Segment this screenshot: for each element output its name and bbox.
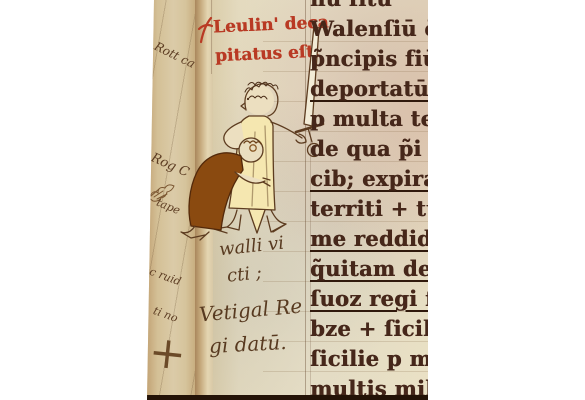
manuscript-text-line: Walenſiū ē (310, 14, 428, 44)
manuscript-text-line: q̃uitam deci (310, 254, 428, 284)
manuscript-text-line: p̃ncipis fiū (310, 44, 428, 74)
cross-mark: + (147, 330, 188, 378)
manuscript-text-line: p multa terr (310, 104, 428, 134)
manuscript-text-line: territi + tur (310, 194, 428, 224)
manuscript-text-line: ſicilie p ma (310, 344, 428, 374)
screenshot-stage: Rott ca Rog C tape c ruid ti no + (0, 0, 585, 400)
photo-bottom-edge (147, 395, 428, 400)
margin-note: c ruid (148, 265, 183, 288)
manuscript-text-line: de qua p̃i ſu (310, 134, 428, 164)
manuscript-text-line: cib; expirau (310, 164, 428, 194)
manuscript-text-line: nũ ſitū (310, 0, 428, 14)
caption-vectigal-line-2: gi datū. (208, 330, 287, 358)
manuscript-text-line: me reddider (310, 224, 428, 254)
manuscript-text-line: bze + ſicilie (310, 314, 428, 344)
manuscript-photo: Rott ca Rog C tape c ruid ti no + (147, 0, 428, 400)
manuscript-text-line: deportatū. p (310, 74, 428, 104)
caption-walli-line-2: cti ; (226, 262, 263, 287)
manuscript-text-line: ſuoz regi ſi (310, 284, 428, 314)
margin-note: ti no (152, 304, 180, 325)
text-column: nũ ſitūWalenſiū ēp̃ncipis fiūdeportatū. … (310, 0, 428, 400)
